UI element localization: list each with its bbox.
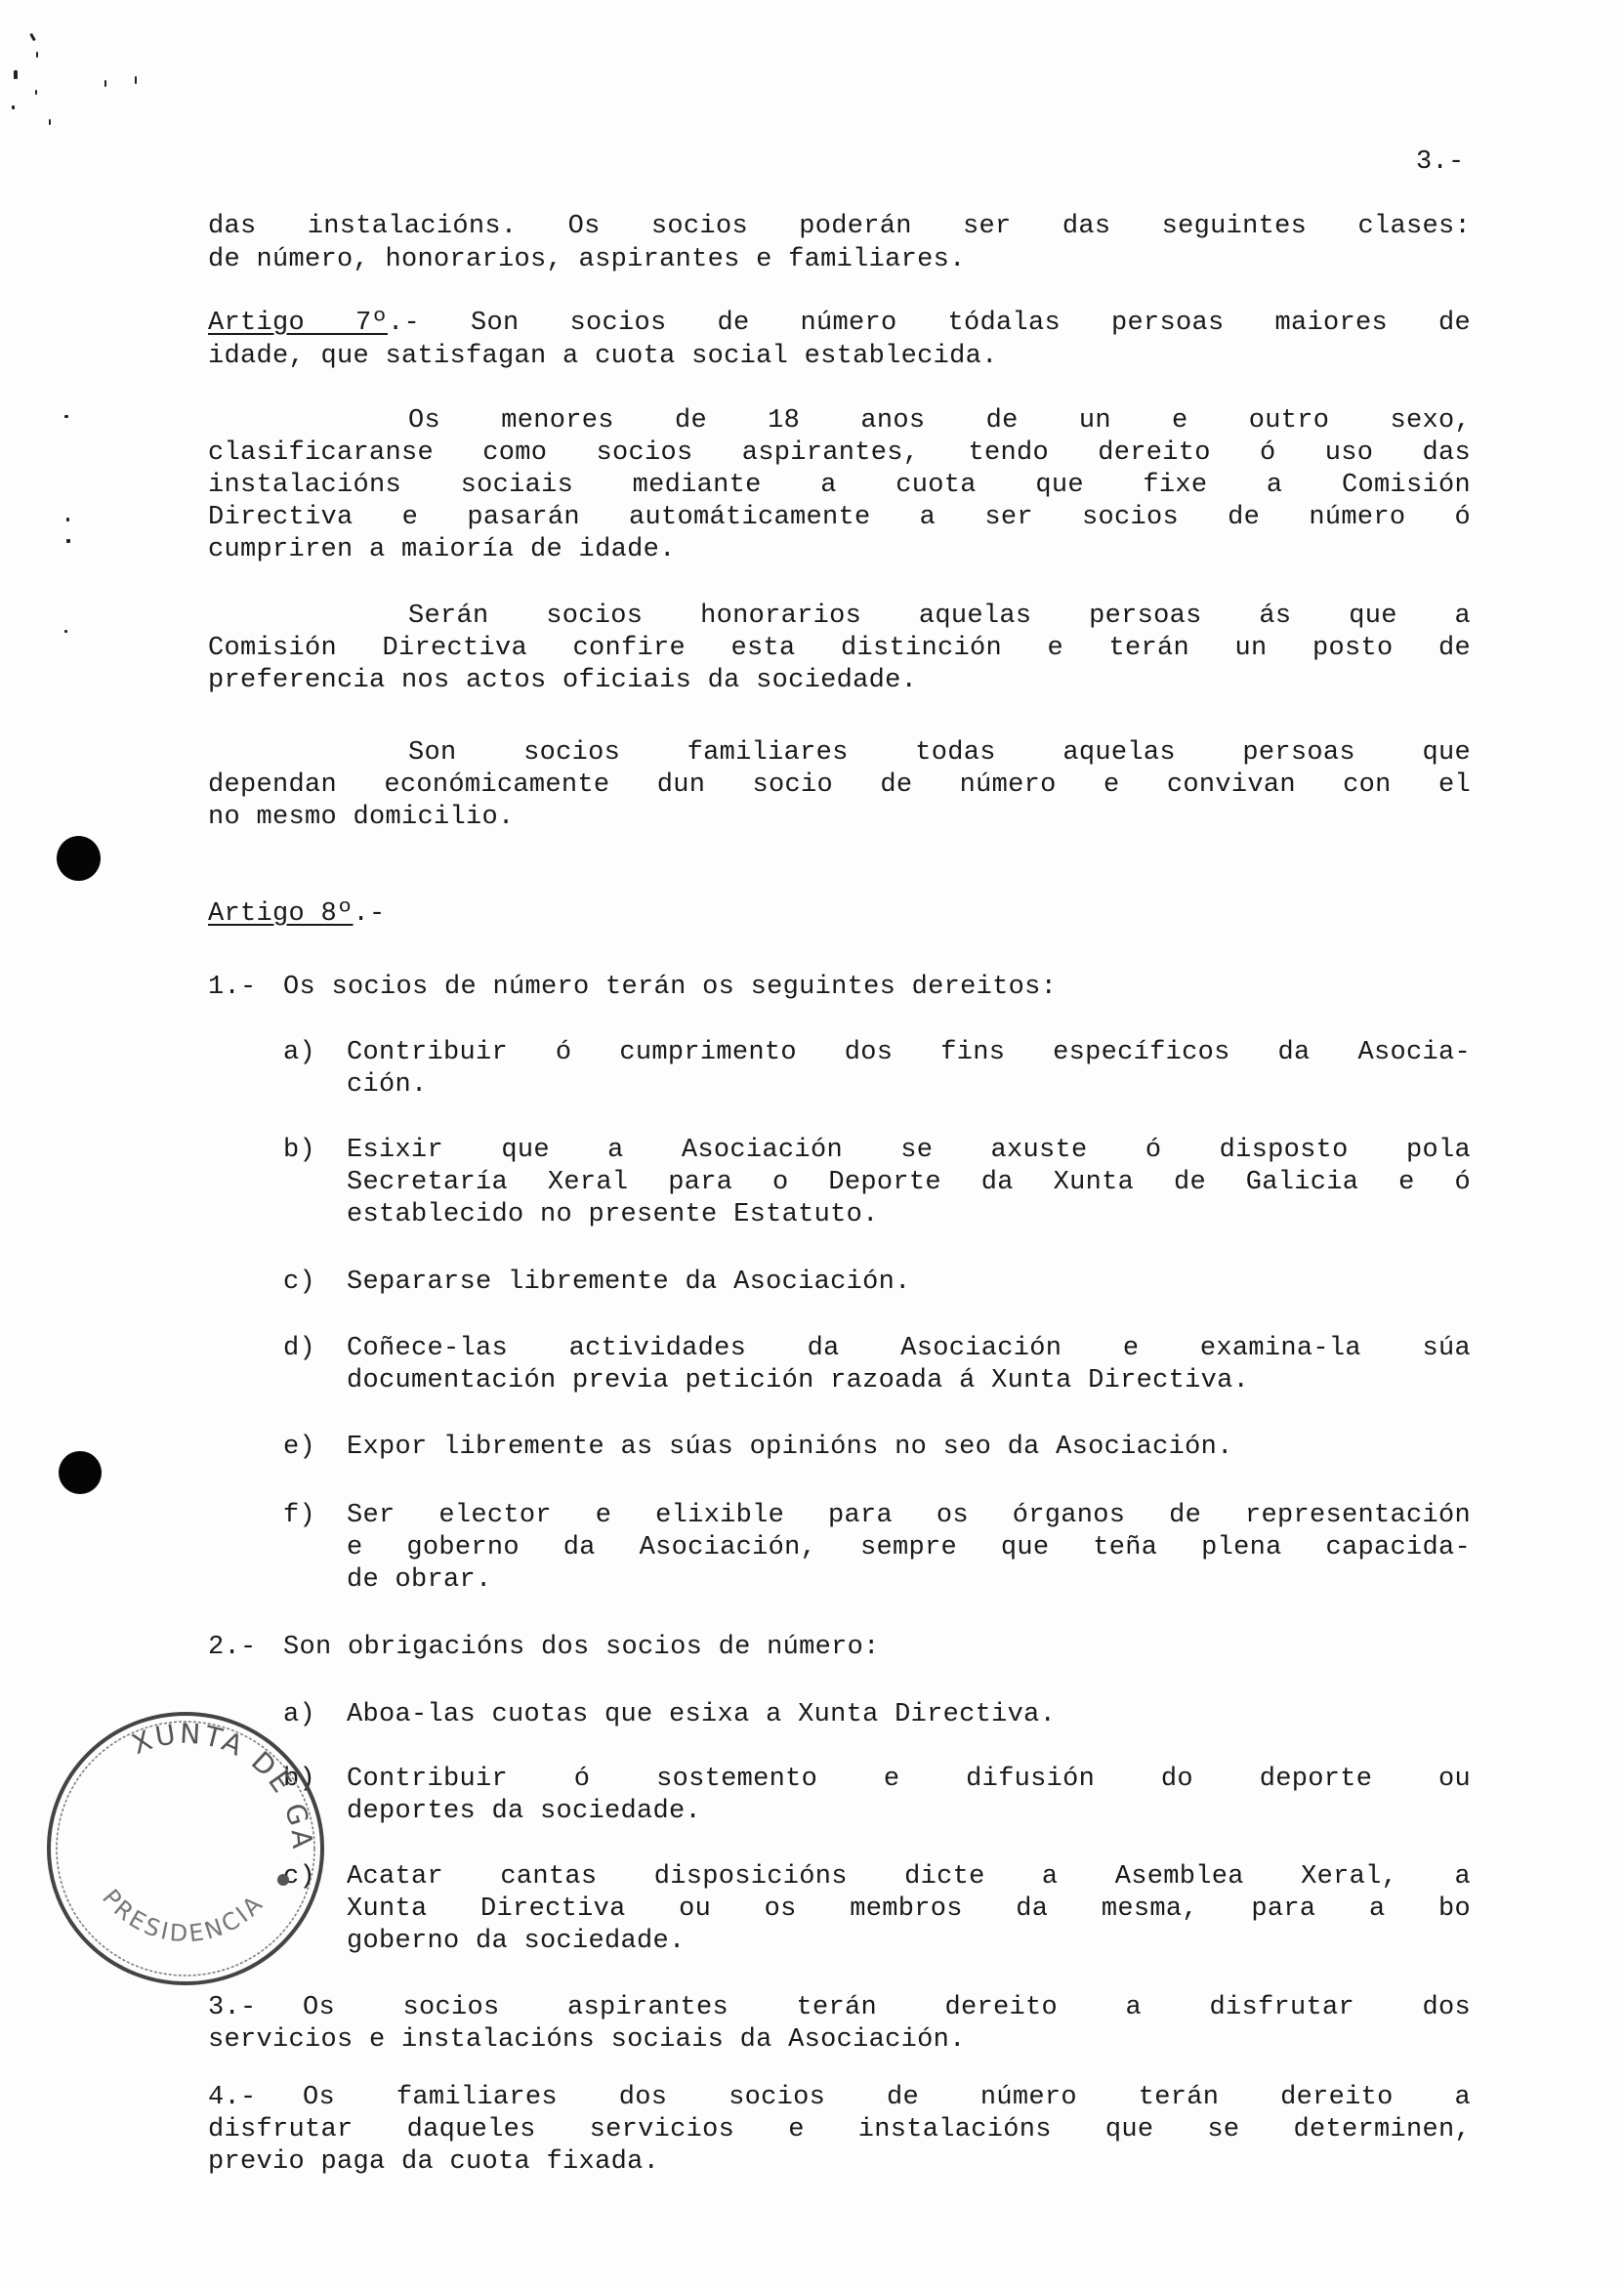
svg-text:PRESIDENCIA: PRESIDENCIA: [97, 1884, 270, 1947]
text-line: Xunta Directiva ou os membros da mesma, …: [347, 1894, 1471, 1926]
text-line: Aboa-las cuotas que esixa a Xunta Direct…: [347, 1699, 1056, 1731]
text-line: instalacións sociais mediante a cuota qu…: [208, 470, 1471, 502]
text-line: Ser elector e elixible para os órganos d…: [347, 1500, 1471, 1532]
scan-speck: [35, 90, 37, 95]
scan-speck: [135, 76, 137, 84]
artigo7-first-line: Artigo 7º.- Son socios de número tódalas…: [208, 308, 1471, 340]
text-line: Esixir que a Asociación se axuste ó disp…: [347, 1135, 1471, 1167]
text-line: Contribuir ó sostemento e difusión do de…: [347, 1764, 1471, 1796]
text-line: establecido no presente Estatuto.: [347, 1199, 879, 1231]
text-line: Comisión Directiva confire esta distinci…: [208, 633, 1471, 665]
official-stamp-icon: XUNTA DE GALICIA PRESIDENCIA: [39, 1704, 332, 1997]
item-letter: b): [283, 1135, 315, 1167]
text-line: idade, que satisfagan a cuota social est…: [208, 341, 998, 373]
text-line: Acatar cantas disposicións dicte a Asemb…: [347, 1861, 1471, 1894]
text-line: servicios e instalacións sociais da Asoc…: [208, 2024, 966, 2057]
svg-text:XUNTA DE GALICIA: XUNTA DE GALICIA: [39, 1704, 318, 1852]
text-line: ción.: [347, 1069, 428, 1102]
text-line: Directiva e pasarán automáticamente a se…: [208, 502, 1471, 534]
scan-speck: [66, 518, 69, 521]
text-line: Separarse libremente da Asociación.: [347, 1267, 911, 1299]
text-line: Os socios aspirantes terán dereito a dis…: [303, 1992, 1471, 2024]
text-line: goberno da sociedade.: [347, 1926, 686, 1958]
text-line: Os familiares dos socios de número terán…: [303, 2082, 1471, 2114]
text-line: de número, honorarios, aspirantes e fami…: [208, 244, 966, 276]
text-line: previo paga da cuota fixada.: [208, 2146, 659, 2179]
text-line: disfrutar daqueles servicios e instalaci…: [208, 2114, 1471, 2146]
item-letter: f): [283, 1500, 315, 1532]
artigo8-heading-line: Artigo 8º.-: [208, 898, 386, 931]
item-letter: d): [283, 1333, 315, 1365]
section1-text: Os socios de número terán os seguintes d…: [283, 972, 1057, 1004]
punch-hole: [57, 836, 101, 881]
scan-speck: [66, 539, 70, 543]
text-line: das instalacións. Os socios poderán ser …: [208, 211, 1471, 243]
text-line: Son socios familiares todas aquelas pers…: [408, 737, 1471, 770]
scan-speck: [29, 33, 36, 41]
text-line: e goberno da Asociación, sempre que teña…: [347, 1532, 1471, 1564]
text-line: Coñece-las actividades da Asociación e e…: [347, 1333, 1471, 1365]
section2-text: Son obrigacións dos socios de número:: [283, 1632, 880, 1664]
text-line: Contribuir ó cumprimento dos fins especí…: [347, 1037, 1471, 1069]
text-line: Expor libremente as súas opinións no seo…: [347, 1432, 1233, 1464]
scan-speck: [36, 52, 38, 58]
section1-label: 1.-: [208, 972, 257, 1004]
item-letter: e): [283, 1432, 315, 1464]
stamp-bottom-text: PRESIDENCIA: [97, 1884, 270, 1947]
text-line: deportes da sociedade.: [347, 1796, 701, 1828]
text-line: clasificaranse como socios aspirantes, t…: [208, 437, 1471, 470]
text-line: preferencia nos actos oficiais da socied…: [208, 665, 917, 697]
item-letter: a): [283, 1037, 315, 1069]
punch-hole: [59, 1451, 102, 1494]
text-line: documentación previa petición razoada á …: [347, 1365, 1249, 1397]
page-number: 3.-: [1416, 146, 1465, 179]
artigo8-heading: Artigo 8º: [208, 899, 354, 929]
text-line: cumpriren a maioría de idade.: [208, 534, 676, 566]
document-page: 3.- das instalacións. Os socios poderán …: [0, 0, 1624, 2289]
text-line: dependan económicamente dun socio de núm…: [208, 770, 1471, 802]
scan-speck: [12, 105, 15, 109]
text-line: Secretaría Xeral para o Deporte da Xunta…: [347, 1167, 1471, 1199]
scan-speck: [49, 119, 51, 125]
text-line: Os menores de 18 anos de un e outro sexo…: [408, 405, 1471, 437]
scan-speck: [64, 415, 68, 418]
text-line: Serán socios honorarios aquelas persoas …: [408, 601, 1471, 633]
artigo7-heading: Artigo 7º: [208, 309, 388, 338]
item-letter: c): [283, 1267, 315, 1299]
scan-speck: [14, 70, 18, 79]
text-line: no mesmo domicilio.: [208, 802, 515, 834]
section2-label: 2.-: [208, 1632, 257, 1664]
stamp-top-text: XUNTA DE GALICIA: [39, 1704, 318, 1852]
section4-label: 4.-: [208, 2082, 257, 2114]
scan-speck: [104, 80, 106, 87]
scan-speck: [64, 630, 67, 633]
text-line: de obrar.: [347, 1564, 492, 1597]
